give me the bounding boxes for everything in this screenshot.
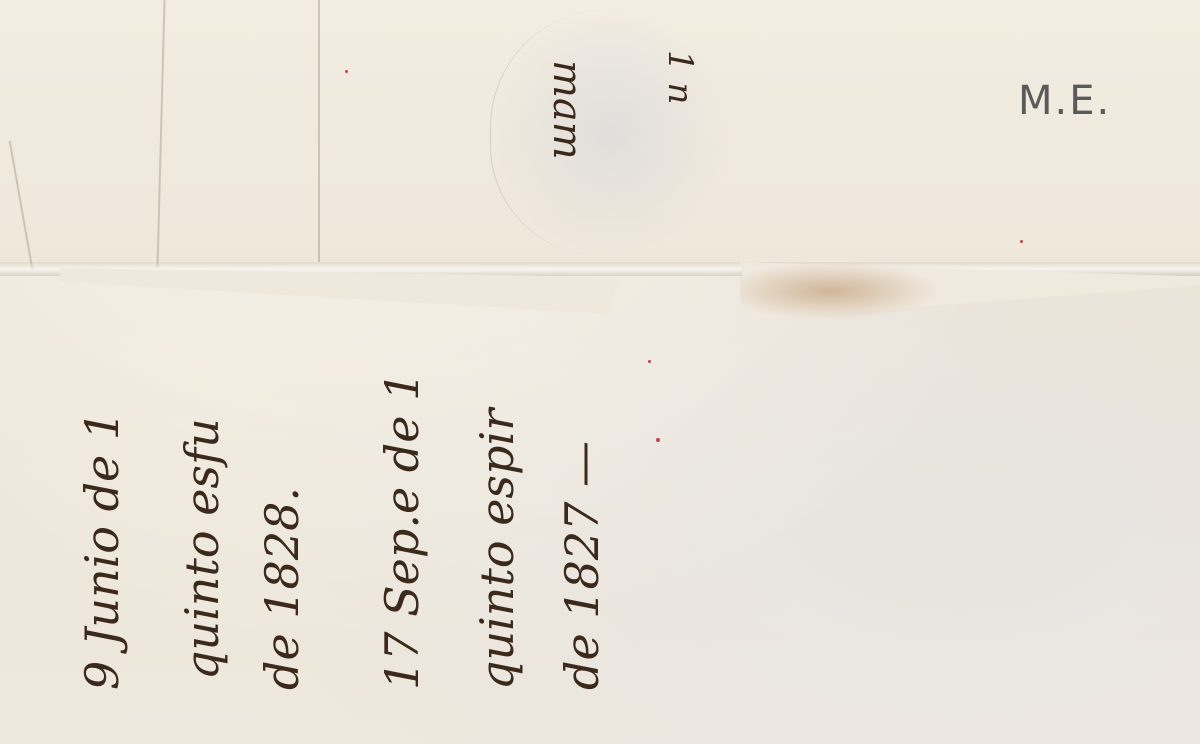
crease-line [318,0,320,262]
entry-1-line-1: 9 Junio de 1 [75,411,129,690]
top-fragment-word1: mam [544,60,590,160]
top-fragment-word2: 1 n [660,50,700,104]
stain [740,262,940,320]
entry-2-line-2: quinto espir [470,409,524,690]
entry-2-line-3: de 1827 — [555,441,609,690]
red-fiber [345,70,348,73]
entry-1-line-2: quinto esfu [175,418,229,680]
red-fiber [648,360,651,363]
entry-1-line-3: de 1828. [255,487,309,690]
red-fiber [656,438,660,442]
pencil-note: M.E. [1018,78,1111,124]
red-fiber [1020,240,1023,243]
entry-2-line-1: 17 Sep.e de 1 [375,372,429,690]
